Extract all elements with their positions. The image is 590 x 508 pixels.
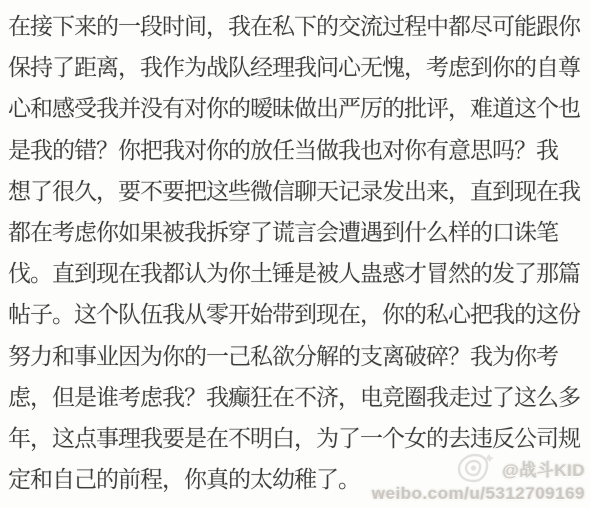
text-line: 保持了距离，我作为战队经理我问心无愧，考虑到你的自尊 bbox=[8, 47, 584, 88]
watermark-url: weibo.com/u/5312709169 bbox=[372, 483, 585, 505]
text-line: 心和感受我并没有对你的暧昧做出严厉的批评，难道这个也 bbox=[8, 88, 584, 129]
text-line: 想了很久，要不要把这些微信聊天记录发出来，直到现在我 bbox=[8, 171, 584, 212]
text-line: 在接下来的一段时间，我在私下的交流过程中都尽可能跟你 bbox=[8, 6, 584, 47]
text-line: 伐。直到现在我都认为你土锤是被人蛊惑才冒然的发了那篇 bbox=[8, 253, 584, 294]
weibo-eye-icon bbox=[456, 451, 496, 485]
text-line: 虑，但是谁考虑我？我癫狂在不济，电竞圈我走过了这么多 bbox=[8, 377, 584, 418]
post-text: 在接下来的一段时间，我在私下的交流过程中都尽可能跟你 保持了距离，我作为战队经理… bbox=[0, 0, 590, 500]
text-line: 帖子。这个队伍我从零开始带到现在，你的私心把我的这份 bbox=[8, 294, 584, 335]
watermark-username: @战斗KID bbox=[502, 456, 585, 481]
text-line: 是我的错？你把我对你的放任当做我也对你有意思吗？我 bbox=[8, 130, 584, 171]
text-line: 都在考虑你如果被我拆穿了谎言会遭遇到什么样的口诛笔 bbox=[8, 212, 584, 253]
weibo-watermark: @战斗KID weibo.com/u/5312709169 bbox=[372, 453, 585, 505]
text-line: 努力和事业因为你的一己私欲分解的支离破碎？我为你考 bbox=[8, 336, 584, 377]
watermark-top-row: @战斗KID bbox=[372, 453, 585, 483]
